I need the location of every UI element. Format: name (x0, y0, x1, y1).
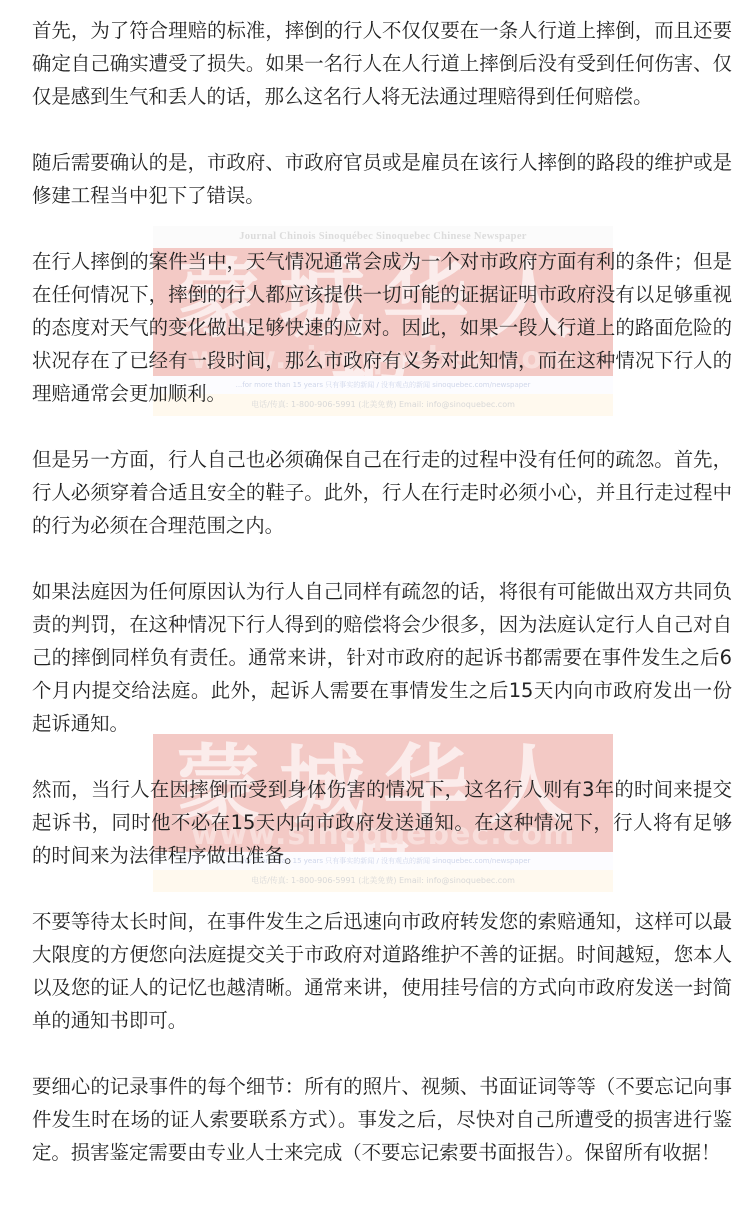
article-paragraph: 如果法庭因为任何原因认为行人自己同样有疏忽的话，将很有可能做出双方共同负责的判罚… (32, 575, 732, 740)
article-paragraph: 随后需要确认的是，市政府、市政府官员或是雇员在该行人摔倒的路段的维护或是修建工程… (32, 146, 732, 212)
article-paragraph: 要细心的记录事件的每个细节：所有的照片、视频、书面证词等等（不要忘记向事件发生时… (32, 1070, 732, 1169)
article-paragraph: 然而，当行人在因摔倒而受到身体伤害的情况下，这名行人则有3年的时间来提交起诉书，… (32, 773, 732, 872)
article-body: 首先，为了符合理赔的标准，摔倒的行人不仅仅要在一条人行道上摔倒，而且还要确定自己… (32, 14, 732, 1202)
article-paragraph: 首先，为了符合理赔的标准，摔倒的行人不仅仅要在一条人行道上摔倒，而且还要确定自己… (32, 14, 732, 113)
article-paragraph: 但是另一方面，行人自己也必须确保自己在行走的过程中没有任何的疏忽。首先，行人必须… (32, 443, 732, 542)
article-paragraph: 不要等待太长时间，在事件发生之后迅速向市政府转发您的索赔通知，这样可以最大限度的… (32, 905, 732, 1037)
article-paragraph: 在行人摔倒的案件当中，天气情况通常会成为一个对市政府方面有利的条件；但是在任何情… (32, 245, 732, 410)
